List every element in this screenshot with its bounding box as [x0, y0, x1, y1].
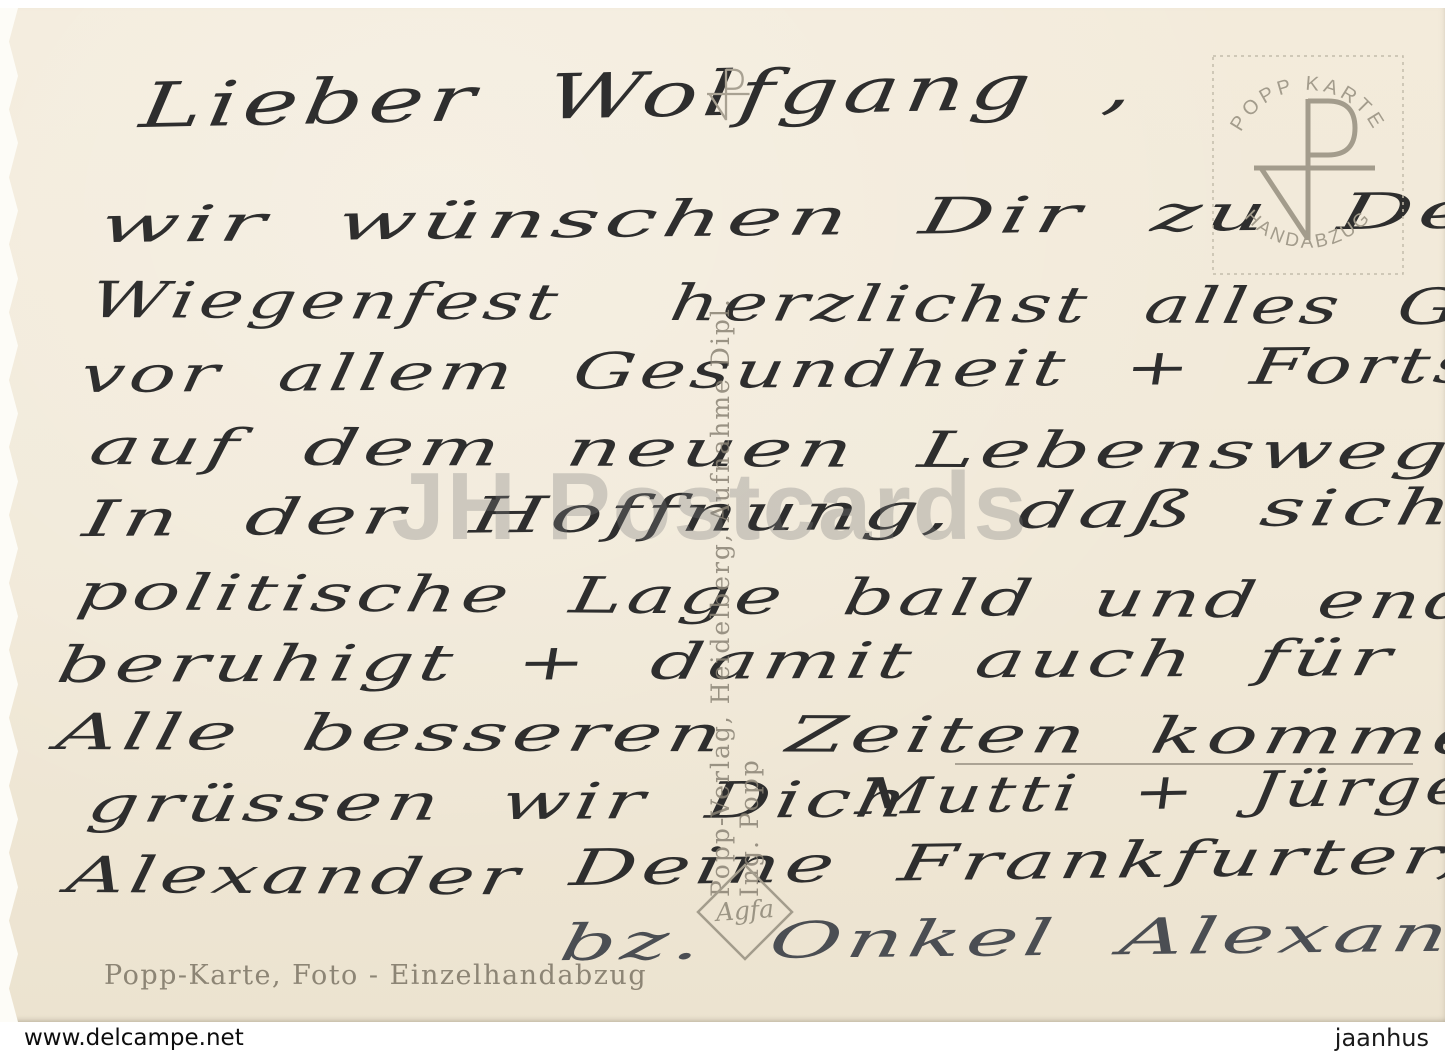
- jaanhus-watermark: jaanhus: [1335, 1024, 1429, 1052]
- popp-karte-stamp-graphic: POPP KARTE HANDABZUG: [1212, 55, 1404, 275]
- handwriting-line-3: Wiegenfest herzlichst alles Gute ,: [87, 275, 1445, 333]
- handwriting-line-11a: Alexander: [63, 850, 527, 902]
- popp-karte-stamp: POPP KARTE HANDABZUG: [1212, 55, 1404, 280]
- agfa-logo: Agfa: [695, 862, 795, 967]
- popp-monogram-small-icon: [694, 58, 758, 135]
- handwriting-signature: bz. Onkel Alexander: [556, 907, 1445, 968]
- postcard-scan: Lieber Wolfgang , wir wünschen Dir zu De…: [0, 0, 1445, 1052]
- agfa-label: Agfa: [713, 894, 775, 927]
- jh-postcards-watermark: JH Postcards: [330, 452, 1090, 562]
- postcard-caption: Popp-Karte, Foto - Einzelhandabzug: [104, 960, 647, 991]
- handwriting-line-10b: Mutti + Jürgen-: [853, 760, 1445, 822]
- address-line: [955, 763, 1413, 765]
- delcampe-watermark: www.delcampe.net: [24, 1025, 244, 1051]
- publisher-credit-vertical: Popp-Verlag, Heidelberg, Aufnahme Dipl. …: [706, 283, 764, 897]
- handwriting-line-10a: grüssen wir Dich: [84, 774, 916, 830]
